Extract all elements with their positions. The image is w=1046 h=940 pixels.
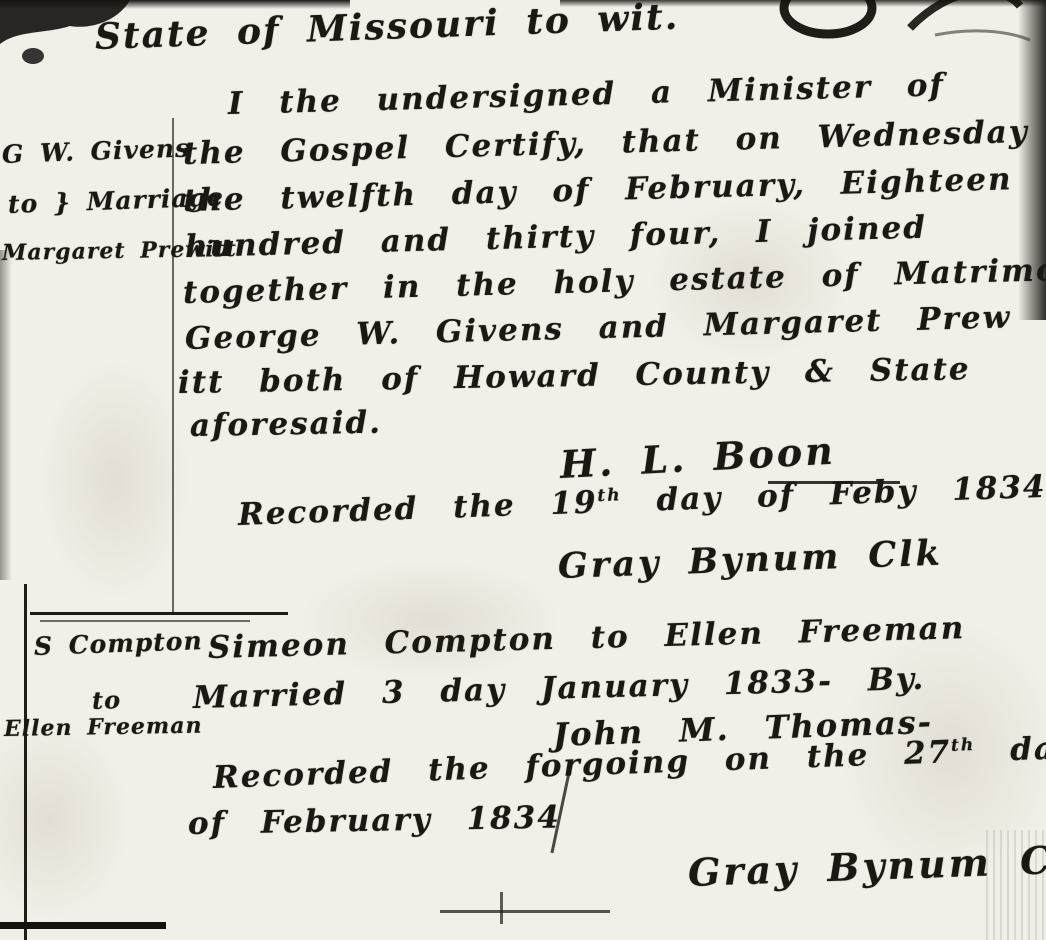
- scanned-document-page: State of Missouri to wit. G W. Givens to…: [0, 0, 1046, 940]
- entry1-margin-groom: G W. Givens: [1, 133, 190, 169]
- clerk-signature-flourish: [440, 910, 610, 913]
- entry-separator-rule-lower: [40, 620, 250, 622]
- entry1-recorded-prefix: Recorded the 19: [237, 484, 598, 533]
- entry1-clerk-signature: Gray Bynum Clk: [557, 533, 943, 587]
- clerk-signature-flourish-cross: [500, 892, 503, 924]
- entry2-margin-groom: S Compton: [33, 626, 203, 661]
- document-heading: State of Missouri to wit.: [94, 0, 680, 58]
- entry-separator-rule: [30, 612, 288, 615]
- entry1-body-line: itt both of Howard County & State: [178, 351, 971, 401]
- entry2-recorded-line2: of February 1834: [188, 799, 561, 842]
- entry2-margin-bride: Ellen Freeman: [4, 713, 203, 742]
- entry2-recorded-suffix: day: [975, 730, 1046, 769]
- entry1-body-line: hundred and thirty four, I joined: [185, 210, 928, 265]
- entry1-recorded-ordinal: th: [597, 485, 622, 506]
- scan-edge-top: [0, 0, 350, 9]
- entry2-recorded-ordinal: th: [951, 735, 976, 756]
- paper-stain: [0, 720, 130, 920]
- entry2-body-line: Simeon Compton to Ellen Freeman: [208, 610, 966, 666]
- scan-edge-left: [0, 250, 12, 580]
- entry1-body-line: George W. Givens and Margaret Prew: [185, 299, 1012, 357]
- entry2-clerk-signature: Gray Bynum Clk: [687, 836, 1046, 895]
- bottom-left-rule: [0, 922, 166, 929]
- margin-divider-line-entry2: [24, 584, 27, 940]
- entry1-body-line: I the undersigned a Minister of: [228, 67, 946, 122]
- entry1-body-line: aforesaid.: [190, 405, 383, 444]
- entry2-margin-to: to: [91, 685, 121, 715]
- paper-stain: [40, 360, 190, 600]
